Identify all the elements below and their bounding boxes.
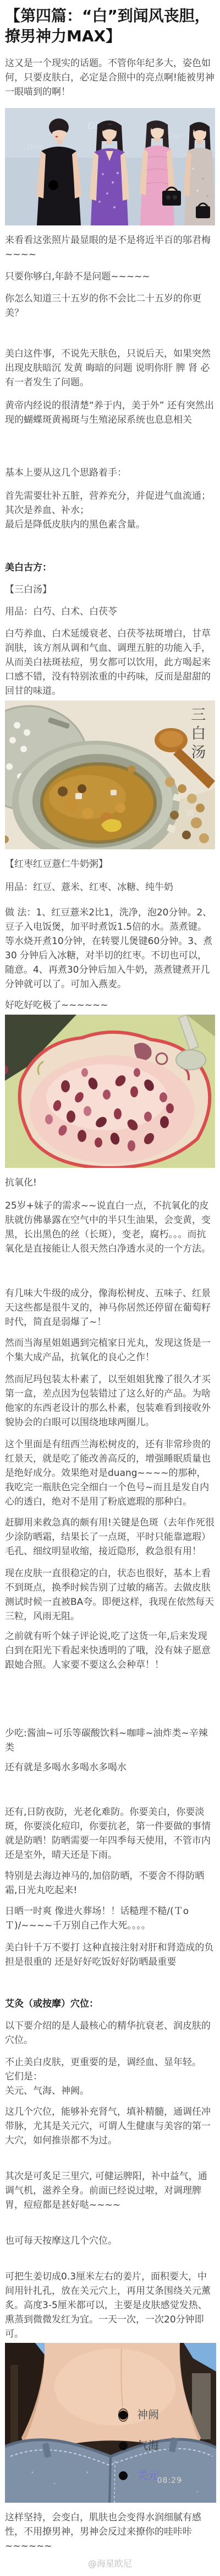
- author-watermark: @海星欧尼: [5, 2557, 215, 2569]
- acupoint-label-qihai: 气海: [137, 2439, 159, 2452]
- sanbai-soup-name: 【三白汤】: [5, 583, 215, 597]
- moxibustion-heading: 艾灸（或按摩）穴位：: [5, 1997, 215, 2011]
- ancient-recipes-heading: 美白古方：: [5, 561, 215, 575]
- analysis-1: 美白这件事，不说先天肤色，只说后天，如果突然出现皮肤暗沉 发黄 晦暗的问题 说明…: [5, 347, 215, 390]
- antioxidant-paragraph-8: 之前就有听个妹子评论说,吃了这货一年,后来发现白到在阳光下看起来快透明的了哦，没…: [5, 1629, 215, 1672]
- closing-paragraph: 这样坚持，会变白，肌肤也会变得水润细腻有感性，不用撩男神，男神会反过来撩你的哇咔…: [5, 2510, 215, 2553]
- antioxidant-paragraph-6: 赶脚用来救急真的颇有用!关键是色斑（去年作死很少涂防晒霜，结果长了一点斑，平时只…: [5, 1516, 215, 1559]
- group-photo-image: Dior Dior Dior: [5, 108, 215, 225]
- milk-porridge-illustration: [5, 1015, 215, 1168]
- intro-paragraph: 这又是一个现实的话题。不管你年纪多大，姿色如何，只要皮肤白，必定是合照中的亮点啊…: [5, 56, 215, 99]
- photo-timestamp: 08:29: [157, 2476, 182, 2485]
- sanbai-soup-image: 三白汤: [5, 700, 215, 849]
- acupoint-label-shenque: 神阙: [137, 2408, 159, 2421]
- acupoint-label-guanyuan: 关元: [137, 2469, 159, 2482]
- moxibustion-paragraph-3: 也可每天按摩这几个穴位。: [5, 2234, 215, 2248]
- milk-porridge-comment: 好吃好吃极了~~~~~~: [5, 998, 215, 1012]
- moxibustion-benefit-3: 关元、气海、神阙。: [5, 2084, 215, 2098]
- approach-step-2: 其次是养血、补水；: [5, 503, 215, 518]
- group-photo-illustration: Dior Dior Dior: [5, 108, 215, 225]
- milk-porridge-ingredients: 用品：红豆、薏米、红枣、冰糖、纯牛奶: [5, 880, 215, 894]
- tip-sunscreen: 还有,日防夜防，光老化难防。你要美白，你要淡斑，你要淡化痘印，你要抗老，第一件要…: [5, 1805, 215, 1862]
- antioxidant-paragraph-1: 25岁+妹子的需求~~说直白一点，不抗氧化的皮肤就仿佛暴露在空气中的半只生油果，…: [5, 1199, 215, 1256]
- tip-eat-less: 少吃:酱油~可乐等碳酸饮料~咖啡~油炸类~辛辣类: [5, 1726, 215, 1755]
- antioxidant-paragraph-5: 这个里面是有纽西兰海松树皮的，还有非常珍贵的红景天，就是吃了能改善高反的，增强睡…: [5, 1437, 215, 1509]
- moxibustion-paragraph-2: 其次是可炙足三里穴, 可健运脾阳，补中益气，通调气机，滋养全身。前面已经说过啦，…: [5, 2169, 215, 2212]
- tip-sun-warning: 日晒一时爽 像进火葬场！！话糙理不糙/(ＴoＴ)/~~~~千万别自己作大死。。。…: [5, 1904, 215, 1933]
- analysis-2: 黄帝内经说的很清楚“养于内，美于外” 还有突然出现的蝴蝶斑黄褐斑与生殖泌尿系统也…: [5, 398, 215, 427]
- article-body: 【第四篇：“白”到闻风丧胆，撩男神力MAX】 这又是一个现实的话题。不管你年纪多…: [0, 6, 220, 2569]
- svg-text:Dior: Dior: [27, 143, 43, 152]
- article-title: 【第四篇：“白”到闻风丧胆，撩男神力MAX】: [5, 6, 215, 46]
- acupoint-belly-image: 神阙 气海 关元 08:29: [5, 2343, 215, 2503]
- antioxidant-paragraph-4: 然而尼玛包装太朴素了，以至姐姐犹豫了很久才买第一盒，差点因为包装错过了这么好的产…: [5, 1372, 215, 1430]
- tip-drink-water: 还有就是多喝水多喝水多喝水: [5, 1760, 215, 1775]
- approach-step-3: 最后是降低皮肤内的黑色素含量。: [5, 518, 215, 532]
- antioxidant-heading: 抗氧化!: [5, 1176, 215, 1190]
- sanbai-soup-caption: 三白汤: [191, 706, 207, 762]
- antioxidant-paragraph-7: 现在皮肤一直很稳定的白，状态也很好，基本上看不到斑点，换季时候告别了过敏的痛苦。…: [5, 1566, 215, 1624]
- observation-3: 你怎么知道三十五岁的你不会比二十五岁的你更美？: [5, 292, 215, 320]
- milk-porridge-name: 【红枣红豆薏仁牛奶粥】: [5, 857, 215, 871]
- acupoint-belly-illustration: [5, 2343, 216, 2503]
- moxibustion-benefit-1: 不止美白皮肤，更重要的是，调经血、显年轻。: [5, 2055, 215, 2070]
- tip-no-injection: 美白针千万不要打 这种直接注射对肝和肾造成的负担是很重的 还是好好吃饭好好防晒最…: [5, 1941, 215, 1969]
- moxibustion-benefit-2: 它们是：: [5, 2070, 215, 2084]
- sanbai-soup-ingredients: 用品：白芍、白术、白茯苓: [5, 605, 215, 619]
- antioxidant-paragraph-3: 然而当海星姐姐遇到完植家日光丸，发现这货是一个集大成产品，抗氧化的良心之作！: [5, 1336, 215, 1365]
- moxibustion-intro: 以下要介绍的是人最核心的精华抗衰老、润皮肤的穴位。: [5, 2019, 215, 2047]
- milk-porridge-steps: 做 法：1、红豆薏米2比1，洗净，泡20分钟。2、豆子入电饭煲，加平时煮饭1.5…: [5, 906, 215, 991]
- moxibustion-paragraph-4: 可把生姜切成0.3厘米左右的姜片，面积要大，中间用针扎孔，放在关元穴上，再用艾条…: [5, 2270, 215, 2341]
- approach-step-1: 首先需要壮补五脏，营养充分，并促进气血流通；: [5, 489, 215, 503]
- approach-heading: 基本上要从这几个思路着手：: [5, 466, 215, 480]
- moxibustion-paragraph-1: 这几个穴位，能够补充肾气，填补精髓，通调任冲带脉，尤其是关元穴，可谓人生健康与美…: [5, 2105, 215, 2148]
- tip-seaside: 特别是去海边神马的,加倍防晒，不要舍不得防晒霜,日光丸吃起来!: [5, 1869, 215, 1898]
- sanbai-soup-description: 白芍养血、白术延缓衰老、白茯苓祛斑增白，甘草润肤，该方剂从调和气血、调理五脏的功…: [5, 627, 215, 698]
- svg-text:Dior: Dior: [167, 131, 185, 141]
- antioxidant-paragraph-2: 有几味大牛级的成分，像海松树皮、五味子、红景天这些都是很牛叉的，神马你居然还停留…: [5, 1286, 215, 1329]
- milk-porridge-image: [5, 1015, 215, 1168]
- observation-2: 只要你够白,年龄不是问题~~~~~: [5, 270, 215, 284]
- observation-1: 来看看这张照片最显眼的是不是将近半百的邬君梅~~~~: [5, 233, 215, 262]
- sanbai-soup-illustration: [5, 700, 215, 849]
